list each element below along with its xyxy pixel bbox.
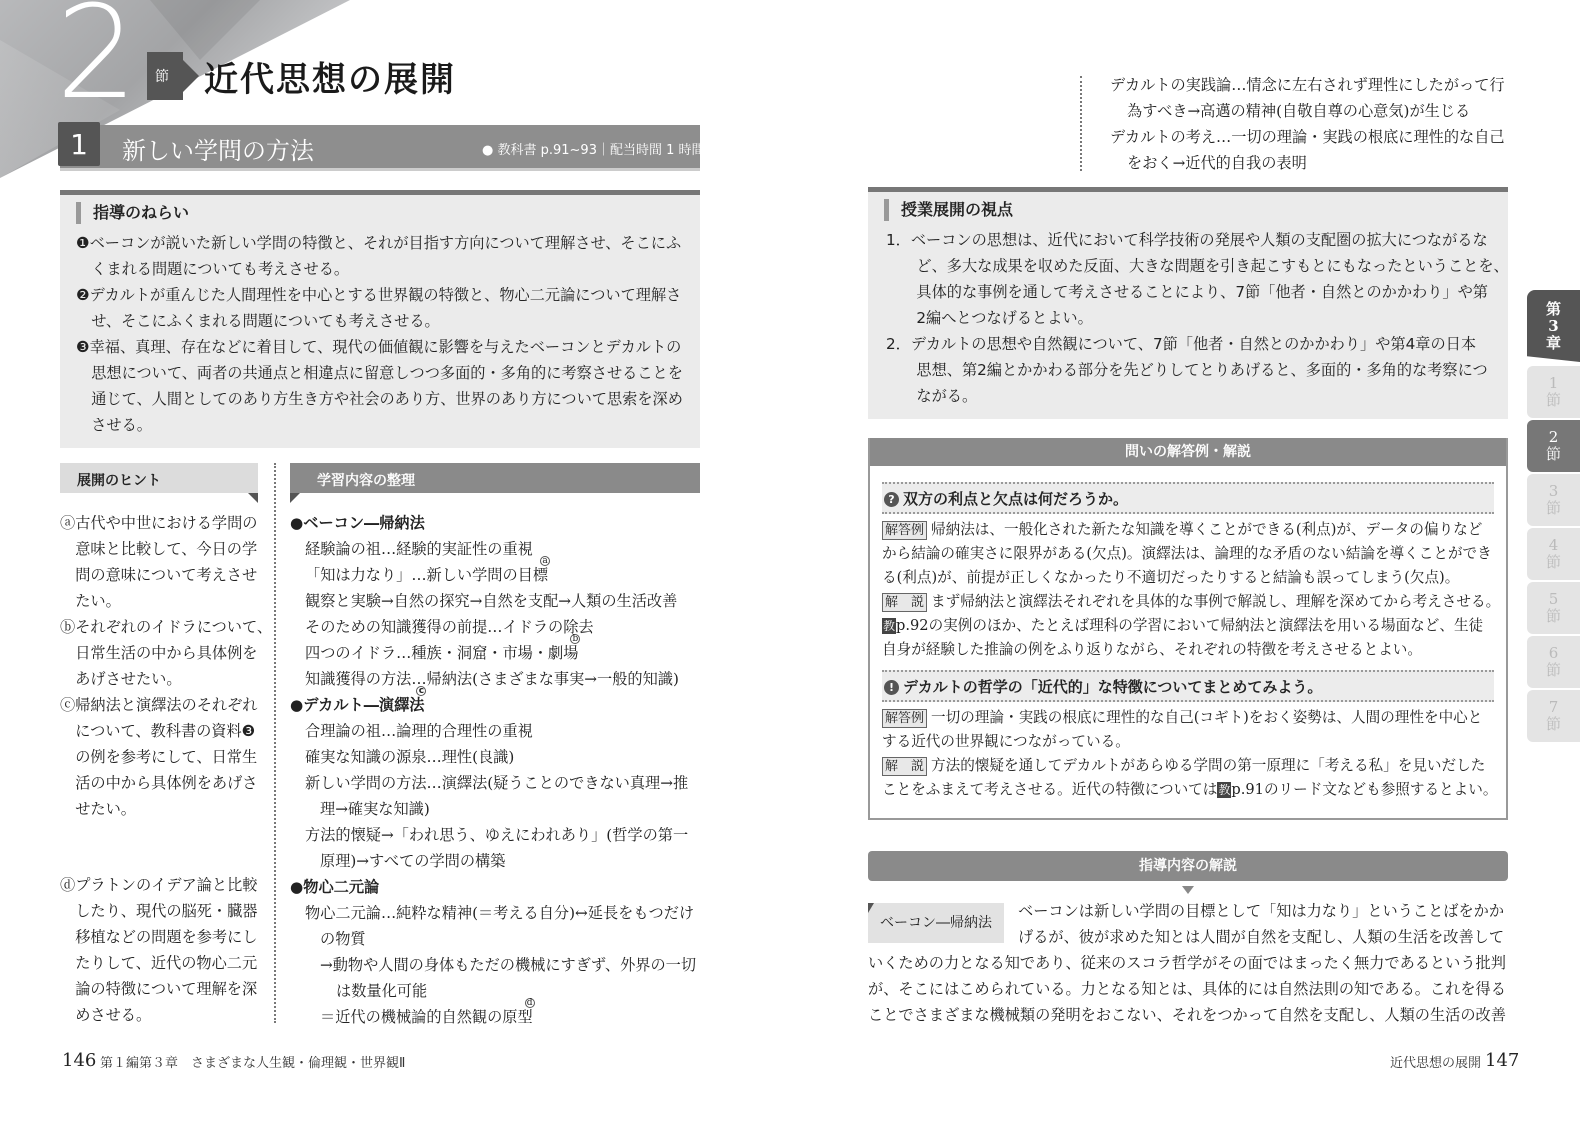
explanation-heading: 指導内容の解説 — [868, 851, 1508, 881]
hint-line: 活の中から具体例をあげさ — [60, 770, 265, 796]
explain-line: p.92の実例のほか、たとえば理科の学習において帰納法と演繹法を用いる場面など、… — [896, 617, 1483, 634]
hint-line: めさせる。 — [60, 1002, 265, 1028]
column-divider — [274, 463, 276, 1023]
aims-line: 通じて、人間としてのあり方生き方や社会のあり方、世界のあり方について思索を深め — [76, 386, 700, 412]
hint-line: ⓑそれぞれのイドラについて、 — [60, 614, 265, 640]
answer-line: 一切の理論・実践の根底に理性的な自己(コギト)をおく姿勢は、人間の理性を中心と — [931, 709, 1482, 726]
tab-label: 節 — [1546, 554, 1561, 571]
tab-section-1[interactable]: 1節 — [1527, 366, 1580, 418]
organize-section-title-text: ●デカルト―演繹法 — [290, 696, 424, 714]
tab-section-6[interactable]: 6節 — [1527, 636, 1580, 688]
answer-block: 解答例一切の理論・実践の根底に理性的な自己(コギト)をおく姿勢は、人間の理性を中… — [870, 702, 1506, 802]
hint-line: たい。 — [60, 588, 265, 614]
question-text: デカルトの哲学の「近代的」な特徴についてまとめてみよう。 — [903, 678, 1322, 696]
section-number: 2 — [56, 0, 133, 118]
hint-line: たりして、近代の物心二元 — [60, 950, 265, 976]
continued-line: 為すべき→高邁の精神(自敬自尊の心意気)が生じる — [1110, 98, 1505, 124]
tab-label: 章 — [1546, 335, 1561, 352]
aims-line: させる。 — [76, 412, 700, 438]
tab-chapter-3[interactable]: 第 3 章 — [1527, 290, 1580, 362]
question-row: !デカルトの哲学の「近代的」な特徴についてまとめてみよう。 — [882, 670, 1494, 702]
organize-line: の物質 — [290, 926, 710, 952]
hint-line: あげさせたい。 — [60, 666, 265, 692]
running-title-right: 近代思想の展開 — [1390, 1052, 1481, 1071]
explain-label: 解 説 — [882, 757, 927, 776]
explanation-line: いくための力となる知であり、従来のスコラ哲学がその面ではまったく無力であるという… — [868, 950, 1510, 976]
organize-line: そのための知識獲得の前提…イドラの除去 — [290, 614, 710, 640]
tab-label: 節 — [1546, 446, 1561, 463]
hint-block: ⓓプラトンのイデア論と比較 したり、現代の脳死・臓器 移植などの問題を参考にし … — [60, 872, 265, 1028]
textbook-icon: 教 — [882, 618, 896, 634]
organize-line: は数量化可能 — [290, 978, 710, 1004]
hint-line: ⓓプラトンのイデア論と比較 — [60, 872, 265, 898]
tab-section-2[interactable]: 2節 — [1527, 420, 1580, 472]
hint-line: 問の意味について考えさせ — [60, 562, 265, 588]
tab-label: 第 — [1546, 301, 1561, 318]
qa-heading: 問いの解答例・解説 — [870, 438, 1506, 466]
viewpoint-line: 思想、第2編とかかわる部分を先どりしてとりあげると、多面的・多角的な考察につ — [886, 357, 1508, 383]
organize-line: ＝近代の機械論的自然観の原型d — [290, 1004, 710, 1030]
hint-line: 移植などの問題を参考にし — [60, 924, 265, 950]
tab-label: 7 — [1549, 699, 1559, 716]
organize-line: 原理)→すべての学問の構築 — [290, 848, 710, 874]
page-title: 近代思想の展開 — [204, 52, 456, 101]
answer-line: る(利点)が、前提が正しくなかったり不適切だったりすると結論も誤ってしまう(欠点… — [882, 566, 1494, 590]
hint-line: の例を参考にして、日常生 — [60, 744, 265, 770]
viewpoint-box: 授業展開の視点 1．ベーコンの思想は、近代において科学技術の発展や人類の支配圏の… — [868, 187, 1508, 419]
explain-line: まず帰納法と演繹法それぞれを具体的な事例で解説し、理解を深めてから考えさせる。 — [931, 593, 1500, 610]
down-arrow-icon — [1182, 886, 1194, 894]
explanation-line: げるが、彼が求めた知とは人間が自然を支配し、人類の生活を改善して — [868, 924, 1510, 950]
viewpoint-line: 1．ベーコンの思想は、近代において科学技術の発展や人類の支配圏の拡大につながるな — [886, 227, 1508, 253]
viewpoint-line: ど、多大な成果を収めた反面、大きな問題を引き起こすもとにもなったということを、 — [886, 253, 1508, 279]
organize-line: 方法的懐疑→「われ思う、ゆえにわれあり」(哲学の第一 — [290, 822, 710, 848]
organize-line: 知識獲得の方法…帰納法(さまざまな事実→一般的知識) — [290, 666, 710, 692]
organize-line: →動物や人間の身体もただの機械にすぎず、外界の一切 — [290, 952, 710, 978]
organize-section-title: ●ベーコン―帰納法 — [290, 510, 710, 536]
hint-line: ⓒ帰納法と演繹法のそれぞれ — [60, 692, 265, 718]
textbook-icon: 教 — [1217, 782, 1231, 798]
tab-section-4[interactable]: 4節 — [1527, 528, 1580, 580]
column-divider — [1080, 76, 1082, 171]
viewpoint-heading: 授業展開の視点 — [884, 199, 1508, 221]
explain-label: 解 説 — [882, 593, 927, 612]
tab-label: 4 — [1549, 537, 1559, 554]
hint-line: について、教科書の資料❸ — [60, 718, 265, 744]
page-number-right: 147 — [1485, 1050, 1519, 1071]
organize-section-title: ●デカルト―演繹法c — [290, 692, 710, 718]
tab-label: 2 — [1549, 429, 1559, 446]
organize-line: 経験論の祖…経験的実証性の重視 — [290, 536, 710, 562]
tab-label: 節 — [1546, 662, 1561, 679]
page-number-left: 146 — [62, 1050, 96, 1071]
explanation-line: ベーコンは新しい学問の目標として「知は力なり」ということばをかか — [868, 898, 1510, 924]
explain-line: p.91のリード文なども参照するとよい。 — [1231, 781, 1497, 798]
question-row: ?双方の利点と欠点は何だろうか。 — [882, 482, 1494, 514]
explanation-line: が、そこにはこめられている。力となる知とは、具体的には自然法則の知である。これを… — [868, 976, 1510, 1002]
hint-line: 日常生活の中から具体例を — [60, 640, 265, 666]
answer-label: 解答例 — [882, 521, 927, 540]
tab-label: 3 — [1548, 318, 1558, 335]
lesson-meta: ● 教科書 p.91~93｜配当時間 1 時間 — [482, 139, 705, 158]
hint-line: したり、現代の脳死・臓器 — [60, 898, 265, 924]
organize-section-title: ●物心二元論 — [290, 874, 710, 900]
tab-section-5[interactable]: 5節 — [1527, 582, 1580, 634]
organize-line-text: ＝近代の機械論的自然観の原型 — [320, 1008, 533, 1026]
organize-line-text: 「知は力なり」…新しい学問の目標 — [305, 566, 548, 584]
hints-heading: 展開のヒント — [60, 463, 258, 493]
answer-block: 解答例帰納法は、一般化された新たな知識を導くことができる(利点)が、データの偏り… — [870, 514, 1506, 662]
aims-heading: 指導のねらい — [76, 202, 700, 224]
continued-content: デカルトの実践論…情念に左右されず理性にしたがって行 為すべき→高邁の精神(自敬… — [1110, 72, 1505, 176]
hint-line: ⓐ古代や中世における学問の — [60, 510, 265, 536]
aims-line: ❷デカルトが重んじた人間理性を中心とする世界観の特徴と、物心二元論について理解さ — [76, 282, 700, 308]
question-text: 双方の利点と欠点は何だろうか。 — [903, 490, 1128, 508]
aims-line: 思想について、両者の共通点と相違点に留意しつつ多面的・多角的に考察させることを — [76, 360, 700, 386]
tab-label: 節 — [1546, 500, 1561, 517]
viewpoint-line: ながる。 — [886, 383, 1508, 409]
section-tag: 節 — [147, 52, 183, 100]
tab-section-7[interactable]: 7節 — [1527, 690, 1580, 742]
explanation-body: ベーコンは新しい学問の目標として「知は力なり」ということばをかか げるが、彼が求… — [868, 898, 1510, 1028]
organize-line: 物心二元論…純粋な精神(＝考える自分)↔延長をもつだけ — [290, 900, 710, 926]
organize-line: 確実な知識の源泉…理性(良識) — [290, 744, 710, 770]
hint-line: 意味と比較して、今日の学 — [60, 536, 265, 562]
hint-line: 論の特徴について理解を深 — [60, 976, 265, 1002]
continued-line: をおく→近代的自我の表明 — [1110, 150, 1505, 176]
explain-line: 自身が経験した推論の例をふり返りながら、それぞれの特徴を考えさせるとよい。 — [882, 638, 1494, 662]
explain-line: ことをふまえて考えさせる。近代の特徴については — [882, 781, 1217, 798]
tab-label: 1 — [1549, 375, 1559, 392]
viewpoint-line: 具体的な事例を通して考えさせることにより、7節「他者・自然とのかかわり」や第 — [886, 279, 1508, 305]
lesson-title: 新しい学問の方法 — [122, 131, 314, 166]
tab-label: 5 — [1549, 591, 1559, 608]
qa-box: 問いの解答例・解説 ?双方の利点と欠点は何だろうか。 解答例帰納法は、一般化され… — [868, 438, 1508, 820]
lesson-number: 1 — [58, 122, 100, 166]
answer-line: 帰納法は、一般化された新たな知識を導くことができる(利点)が、データの偏りなど — [931, 521, 1482, 538]
continued-line: デカルトの考え…一切の理論・実践の根底に理性的な自己 — [1110, 124, 1505, 150]
answer-line: から結論の確実さに限界がある(欠点)。演繹法は、論理的な矛盾のない結論を導くこと… — [882, 542, 1494, 566]
tab-section-3[interactable]: 3節 — [1527, 474, 1580, 526]
continued-line: デカルトの実践論…情念に左右されず理性にしたがって行 — [1110, 72, 1505, 98]
organize-line: 理→確実な知識) — [290, 796, 710, 822]
viewpoint-line: 2編へとつなげるとよい。 — [886, 305, 1508, 331]
tab-label: 節 — [1546, 608, 1561, 625]
tab-label: 6 — [1549, 645, 1559, 662]
aims-line: くまれる問題についても考えさせる。 — [76, 256, 700, 282]
viewpoint-line: 2．デカルトの思想や自然観について、7節「他者・自然とのかかわり」や第4章の日本 — [886, 331, 1508, 357]
tab-label: 節 — [1546, 716, 1561, 733]
tab-label: 節 — [1546, 392, 1561, 409]
aims-line: ❸幸福、真理、存在などに着目して、現代の価値観に影響を与えたベーコンとデカルトの — [76, 334, 700, 360]
running-title-left: 第１編第３章 さまざまな人生観・倫理観・世界観Ⅱ — [100, 1052, 405, 1071]
answer-line: する近代の世界観につながっている。 — [882, 730, 1494, 754]
aims-box: 指導のねらい ❶ベーコンが説いた新しい学問の特徴と、それが目指す方向について理解… — [60, 190, 700, 448]
tab-label: 3 — [1549, 483, 1559, 500]
organize-line: 「知は力なり」…新しい学問の目標a — [290, 562, 710, 588]
organize-line: 新しい学問の方法…演繹法(疑うことのできない真理→推 — [290, 770, 710, 796]
organize-line-text: 四つのイドラ…種族・洞窟・市場・劇場 — [305, 644, 578, 662]
organize-heading: 学習内容の整理 — [290, 463, 700, 493]
hint-block: ⓐ古代や中世における学問の 意味と比較して、今日の学 問の意味について考えさせ … — [60, 510, 265, 822]
aims-line: せ、そこにふくまれる問題についても考えさせる。 — [76, 308, 700, 334]
explanation-line: ことでさまざまな機械類の発明をおこない、それをつかって自然を支配し、人類の生活の… — [868, 1002, 1510, 1028]
organize-content: ●ベーコン―帰納法 経験論の祖…経験的実証性の重視 「知は力なり」…新しい学問の… — [290, 510, 710, 1030]
organize-line: 観察と実験→自然の探究→自然を支配→人類の生活改善 — [290, 588, 710, 614]
answer-label: 解答例 — [882, 709, 927, 728]
aims-line: ❶ベーコンが説いた新しい学問の特徴と、それが目指す方向について理解させ、そこにふ — [76, 230, 700, 256]
organize-line: 四つのイドラ…種族・洞窟・市場・劇場b — [290, 640, 710, 666]
hint-line: せたい。 — [60, 796, 265, 822]
organize-line: 合理論の祖…論理的合理性の重視 — [290, 718, 710, 744]
explain-line: 方法的懐疑を通してデカルトがあらゆる学問の第一原理に「考える私」を見いだした — [931, 757, 1485, 774]
question-icon: ? — [884, 492, 899, 507]
exclamation-icon: ! — [884, 680, 899, 695]
